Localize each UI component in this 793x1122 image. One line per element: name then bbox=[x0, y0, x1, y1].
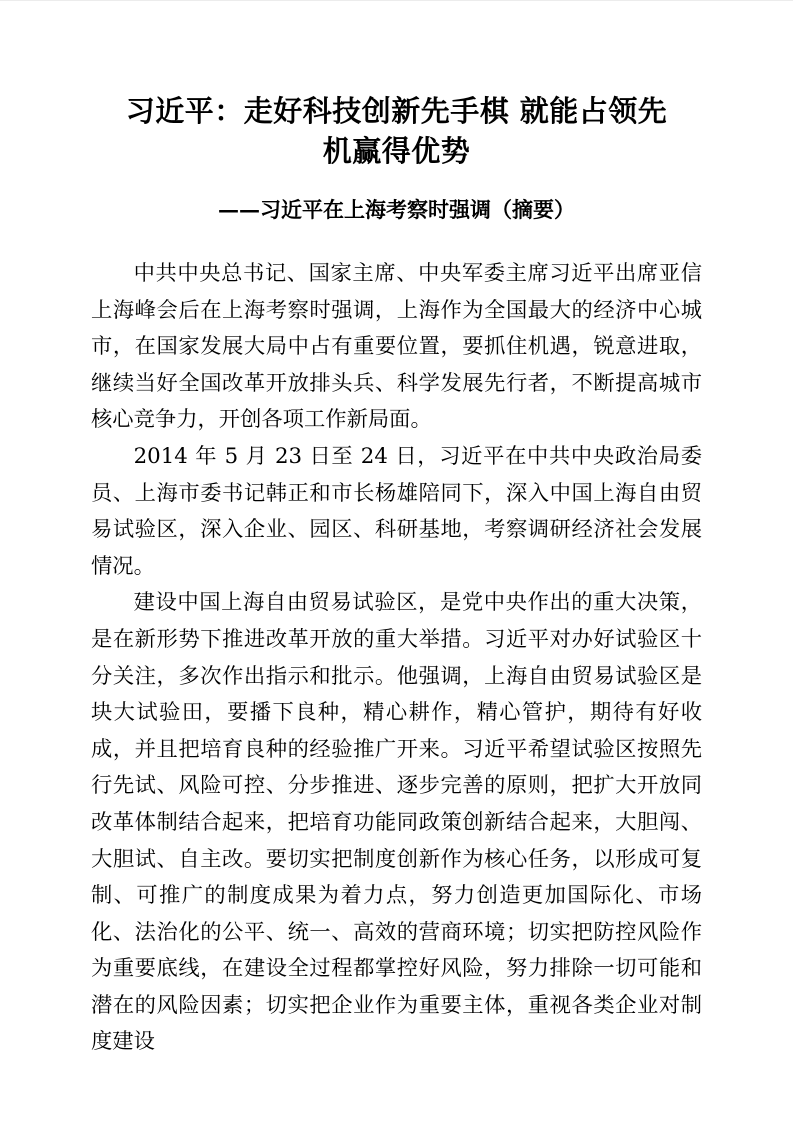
paragraph-1: 中共中央总书记、国家主席、中央军委主席习近平出席亚信上海峰会后在上海考察时强调，… bbox=[91, 256, 702, 439]
paragraph-3: 建设中国上海自由贸易试验区，是党中央作出的重大决策，是在新形势下推进改革开放的重… bbox=[91, 585, 702, 1061]
document-body: 中共中央总书记、国家主席、中央军委主席习近平出席亚信上海峰会后在上海考察时强调，… bbox=[91, 256, 702, 1061]
document-title-line-2: 机赢得优势 bbox=[91, 131, 702, 171]
document-title-line-1: 习近平：走好科技创新先手棋 就能占领先 bbox=[91, 91, 702, 131]
document-page: 习近平：走好科技创新先手棋 就能占领先 机赢得优势 ——习近平在上海考察时强调（… bbox=[0, 0, 793, 1122]
paragraph-2: 2014 年 5 月 23 日至 24 日，习近平在中共中央政治局委员、上海市委… bbox=[91, 439, 702, 585]
document-title: 习近平：走好科技创新先手棋 就能占领先 机赢得优势 bbox=[91, 91, 702, 171]
document-subtitle: ——习近平在上海考察时强调（摘要） bbox=[91, 197, 702, 223]
